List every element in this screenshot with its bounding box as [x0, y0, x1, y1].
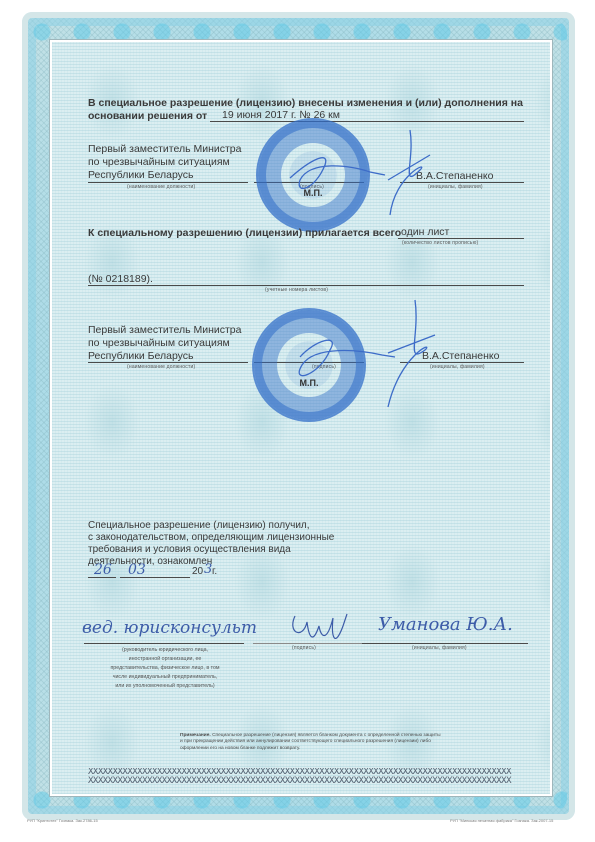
receipt-month: 03 [128, 562, 146, 578]
caption-line: или их уполномоченный представитель) [84, 682, 246, 691]
receipt-line2: с законодательством, определяющим лиценз… [88, 532, 334, 544]
receipt-year-end: г. [212, 566, 217, 578]
recipient-name-caption: (инициалы, фамилия) [412, 645, 467, 651]
month-underline [120, 577, 190, 578]
position2-caption: (наименование должности) [127, 364, 195, 370]
recipient-signature [285, 608, 355, 648]
signature-mark-2 [270, 295, 430, 415]
position-caption: (наименование должности) [127, 184, 195, 190]
amendment-intro-line2: основании решения от [88, 110, 207, 123]
note-text-line3: оформлении его на новом бланке подлежит … [180, 746, 550, 752]
day-underline [88, 577, 116, 578]
security-microtext-strip: XXXXXXXXXXXXXXXXXXXXXXXXXXXXXXXXXXXXXXXX… [88, 768, 548, 790]
position-line2: по чрезвычайным ситуациям [88, 156, 230, 169]
caption-line: (руководитель юридического лица, [84, 646, 246, 655]
caption-line: представительства, физическое лицо, в то… [84, 664, 246, 673]
footer-right: РУП "Минская печатная фабрика" Гознака. … [450, 818, 553, 823]
name2-caption: (инициалы, фамилия) [430, 364, 485, 370]
attachment-caption: (количество листов прописью) [402, 240, 478, 246]
caption-line: иностранной организации, ее [84, 655, 246, 664]
receipt-line1: Специальное разрешение (лицензию) получи… [88, 520, 310, 532]
receipt-day: 26 [94, 562, 112, 578]
note-label: Примечание. [180, 733, 211, 738]
recipient-signature-caption: (подпись) [292, 645, 316, 651]
sheet-numbers-caption: (учетные номера листов) [265, 287, 328, 293]
position2-underline [88, 362, 248, 363]
sheet-numbers-underline [88, 285, 524, 286]
receipt-year-prefix: 20 [192, 566, 203, 578]
recipient-name-underline [362, 643, 528, 644]
recipient-position-caption: (руководитель юридического лица, иностра… [84, 646, 246, 691]
attachment-label: К специальному разрешению (лицензии) при… [88, 227, 401, 240]
recipient-signature-underline [253, 643, 373, 644]
receipt-line3: требования и условия осуществления вида [88, 544, 291, 556]
name-caption: (инициалы, фамилия) [428, 184, 483, 190]
position2-line2: по чрезвычайным ситуациям [88, 337, 230, 350]
signature-mark [270, 120, 430, 230]
attachment-underline [398, 238, 524, 239]
footer-left: РУП "Криптотех" Гознака. Зак.2786-15 [27, 818, 98, 823]
caption-line: числе индивидуальный предприниматель, [84, 673, 246, 682]
note-block: Примечание. Специальное разрешение (лице… [180, 733, 550, 752]
recipient-position-handwritten: вед. юрисконсульт [82, 618, 257, 638]
position-line1: Первый заместитель Министра [88, 143, 241, 156]
position2-line1: Первый заместитель Министра [88, 324, 241, 337]
security-row: XXXXXXXXXXXXXXXXXXXXXXXXXXXXXXXXXXXXXXXX… [88, 777, 548, 786]
position-line3: Республики Беларусь [88, 169, 194, 182]
position-underline [88, 182, 248, 183]
recipient-name-handwritten: Уманова Ю.А. [378, 614, 513, 635]
recipient-position-underline [84, 643, 244, 644]
note-text-line1: Специальное разрешение (лицензия) являет… [211, 733, 441, 738]
